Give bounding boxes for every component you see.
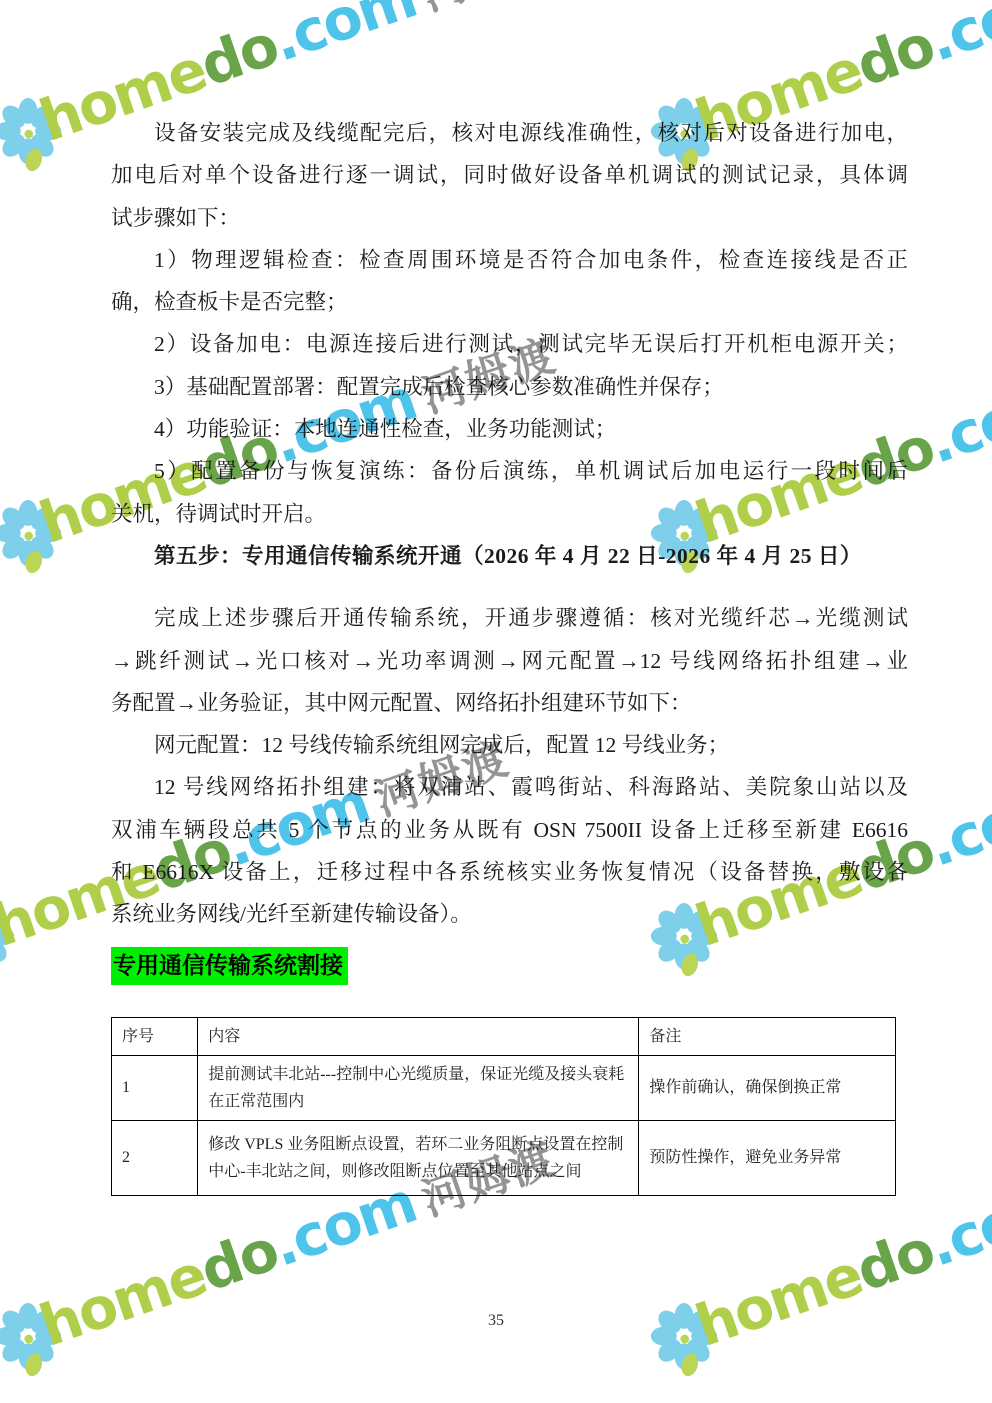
body-line: 完成上述步骤后开通传输系统，开通步骤遵循：核对光缆纤芯→光缆测试 bbox=[111, 597, 908, 639]
watermark: homedo.com河姆渡 bbox=[0, 1193, 512, 1378]
body-line: 4）功能验证：本地连通性检查，业务功能测试； bbox=[111, 408, 908, 450]
table-cell-content: 修改 VPLS 业务阻断点设置，若环二业务阻断点设置在控制中心-丰北站之间，则修… bbox=[198, 1120, 639, 1195]
homedo-flower-icon bbox=[0, 497, 64, 575]
body-line: 务配置→业务验证，其中网元配置、网络拓扑组建环节如下： bbox=[111, 682, 908, 724]
body-line: →跳纤测试→光口核对→光功率调测→网元配置→12 号线网络拓扑组建→业 bbox=[111, 640, 908, 682]
table-cell-note: 预防性操作，避免业务异常 bbox=[639, 1120, 896, 1195]
page-number: 35 bbox=[0, 1312, 992, 1330]
body-line: 12 号线网络拓扑组建：将双浦站、霞鸣街站、科海路站、美院象山站以及 bbox=[111, 766, 908, 808]
body-line: 1）物理逻辑检查：检查周围环境是否符合加电条件，检查连接线是否正 bbox=[111, 239, 908, 281]
column-header-seq: 序号 bbox=[112, 1017, 198, 1055]
table-cell-no: 1 bbox=[112, 1055, 198, 1120]
section-heading: 第五步：专用通信传输系统开通（2026 年 4 月 22 日-2026 年 4 … bbox=[111, 535, 908, 577]
homedo-flower-icon bbox=[0, 900, 17, 978]
body-line: 关机，待调试时开启。 bbox=[111, 493, 908, 535]
body-line: 3）基础配置部署：配置完成后检查核心参数准确性并保存； bbox=[111, 366, 908, 408]
table-cell-content: 提前测试丰北站---控制中心光缆质量，保证光缆及接头衰耗在正常范围内 bbox=[198, 1055, 639, 1120]
body-line: 加电后对单个设备进行逐一调试，同时做好设备单机调试的测试记录，具体调 bbox=[111, 154, 908, 196]
column-header-content: 内容 bbox=[198, 1017, 639, 1055]
highlight-row: 专用通信传输系统割接 bbox=[111, 947, 908, 987]
document-page: 设备安装完成及线缆配完后，核对电源线准确性，核对后对设备进行加电，加电后对单个设… bbox=[111, 112, 908, 1196]
body-line: 确，检查板卡是否完整； bbox=[111, 281, 908, 323]
body-line: 2）设备加电：电源连接后进行测试，测试完毕无误后打开机柜电源开关； bbox=[111, 323, 908, 365]
column-header-note: 备注 bbox=[639, 1017, 896, 1055]
body-line: 网元配置：12 号线传输系统组网完成后，配置 12 号线业务； bbox=[111, 724, 908, 766]
homedo-flower-icon bbox=[0, 95, 64, 173]
body-line: 双浦车辆段总共 5 个节点的业务从既有 OSN 7500II 设备上迁移至新建 … bbox=[111, 809, 908, 851]
table-cell-note: 操作前确认，确保倒换正常 bbox=[639, 1055, 896, 1120]
watermark: homedo.com河姆渡 bbox=[648, 1193, 992, 1378]
table-row: 2修改 VPLS 业务阻断点设置，若环二业务阻断点设置在控制中心-丰北站之间，则… bbox=[112, 1120, 896, 1195]
body-line: 5）配置备份与恢复演练：备份后演练，单机调试后加电运行一段时间后 bbox=[111, 450, 908, 492]
body-text: 设备安装完成及线缆配完后，核对电源线准确性，核对后对设备进行加电，加电后对单个设… bbox=[111, 112, 908, 936]
body-line: 和 E6616X 设备上，迁移过程中各系统核实业务恢复情况（设备替换，敷设各 bbox=[111, 851, 908, 893]
table-cell-no: 2 bbox=[112, 1120, 198, 1195]
body-line: 试步骤如下： bbox=[111, 197, 908, 239]
body-line: 系统业务网线/光纤至新建传输设备）。 bbox=[111, 893, 908, 935]
table-row: 1提前测试丰北站---控制中心光缆质量，保证光缆及接头衰耗在正常范围内操作前确认… bbox=[112, 1055, 896, 1120]
highlighted-heading: 专用通信传输系统割接 bbox=[111, 947, 348, 985]
body-line: 设备安装完成及线缆配完后，核对电源线准确性，核对后对设备进行加电， bbox=[111, 112, 908, 154]
cutover-table: 序号 内容 备注 1提前测试丰北站---控制中心光缆质量，保证光缆及接头衰耗在正… bbox=[111, 1017, 896, 1196]
table-header-row: 序号 内容 备注 bbox=[112, 1017, 896, 1055]
